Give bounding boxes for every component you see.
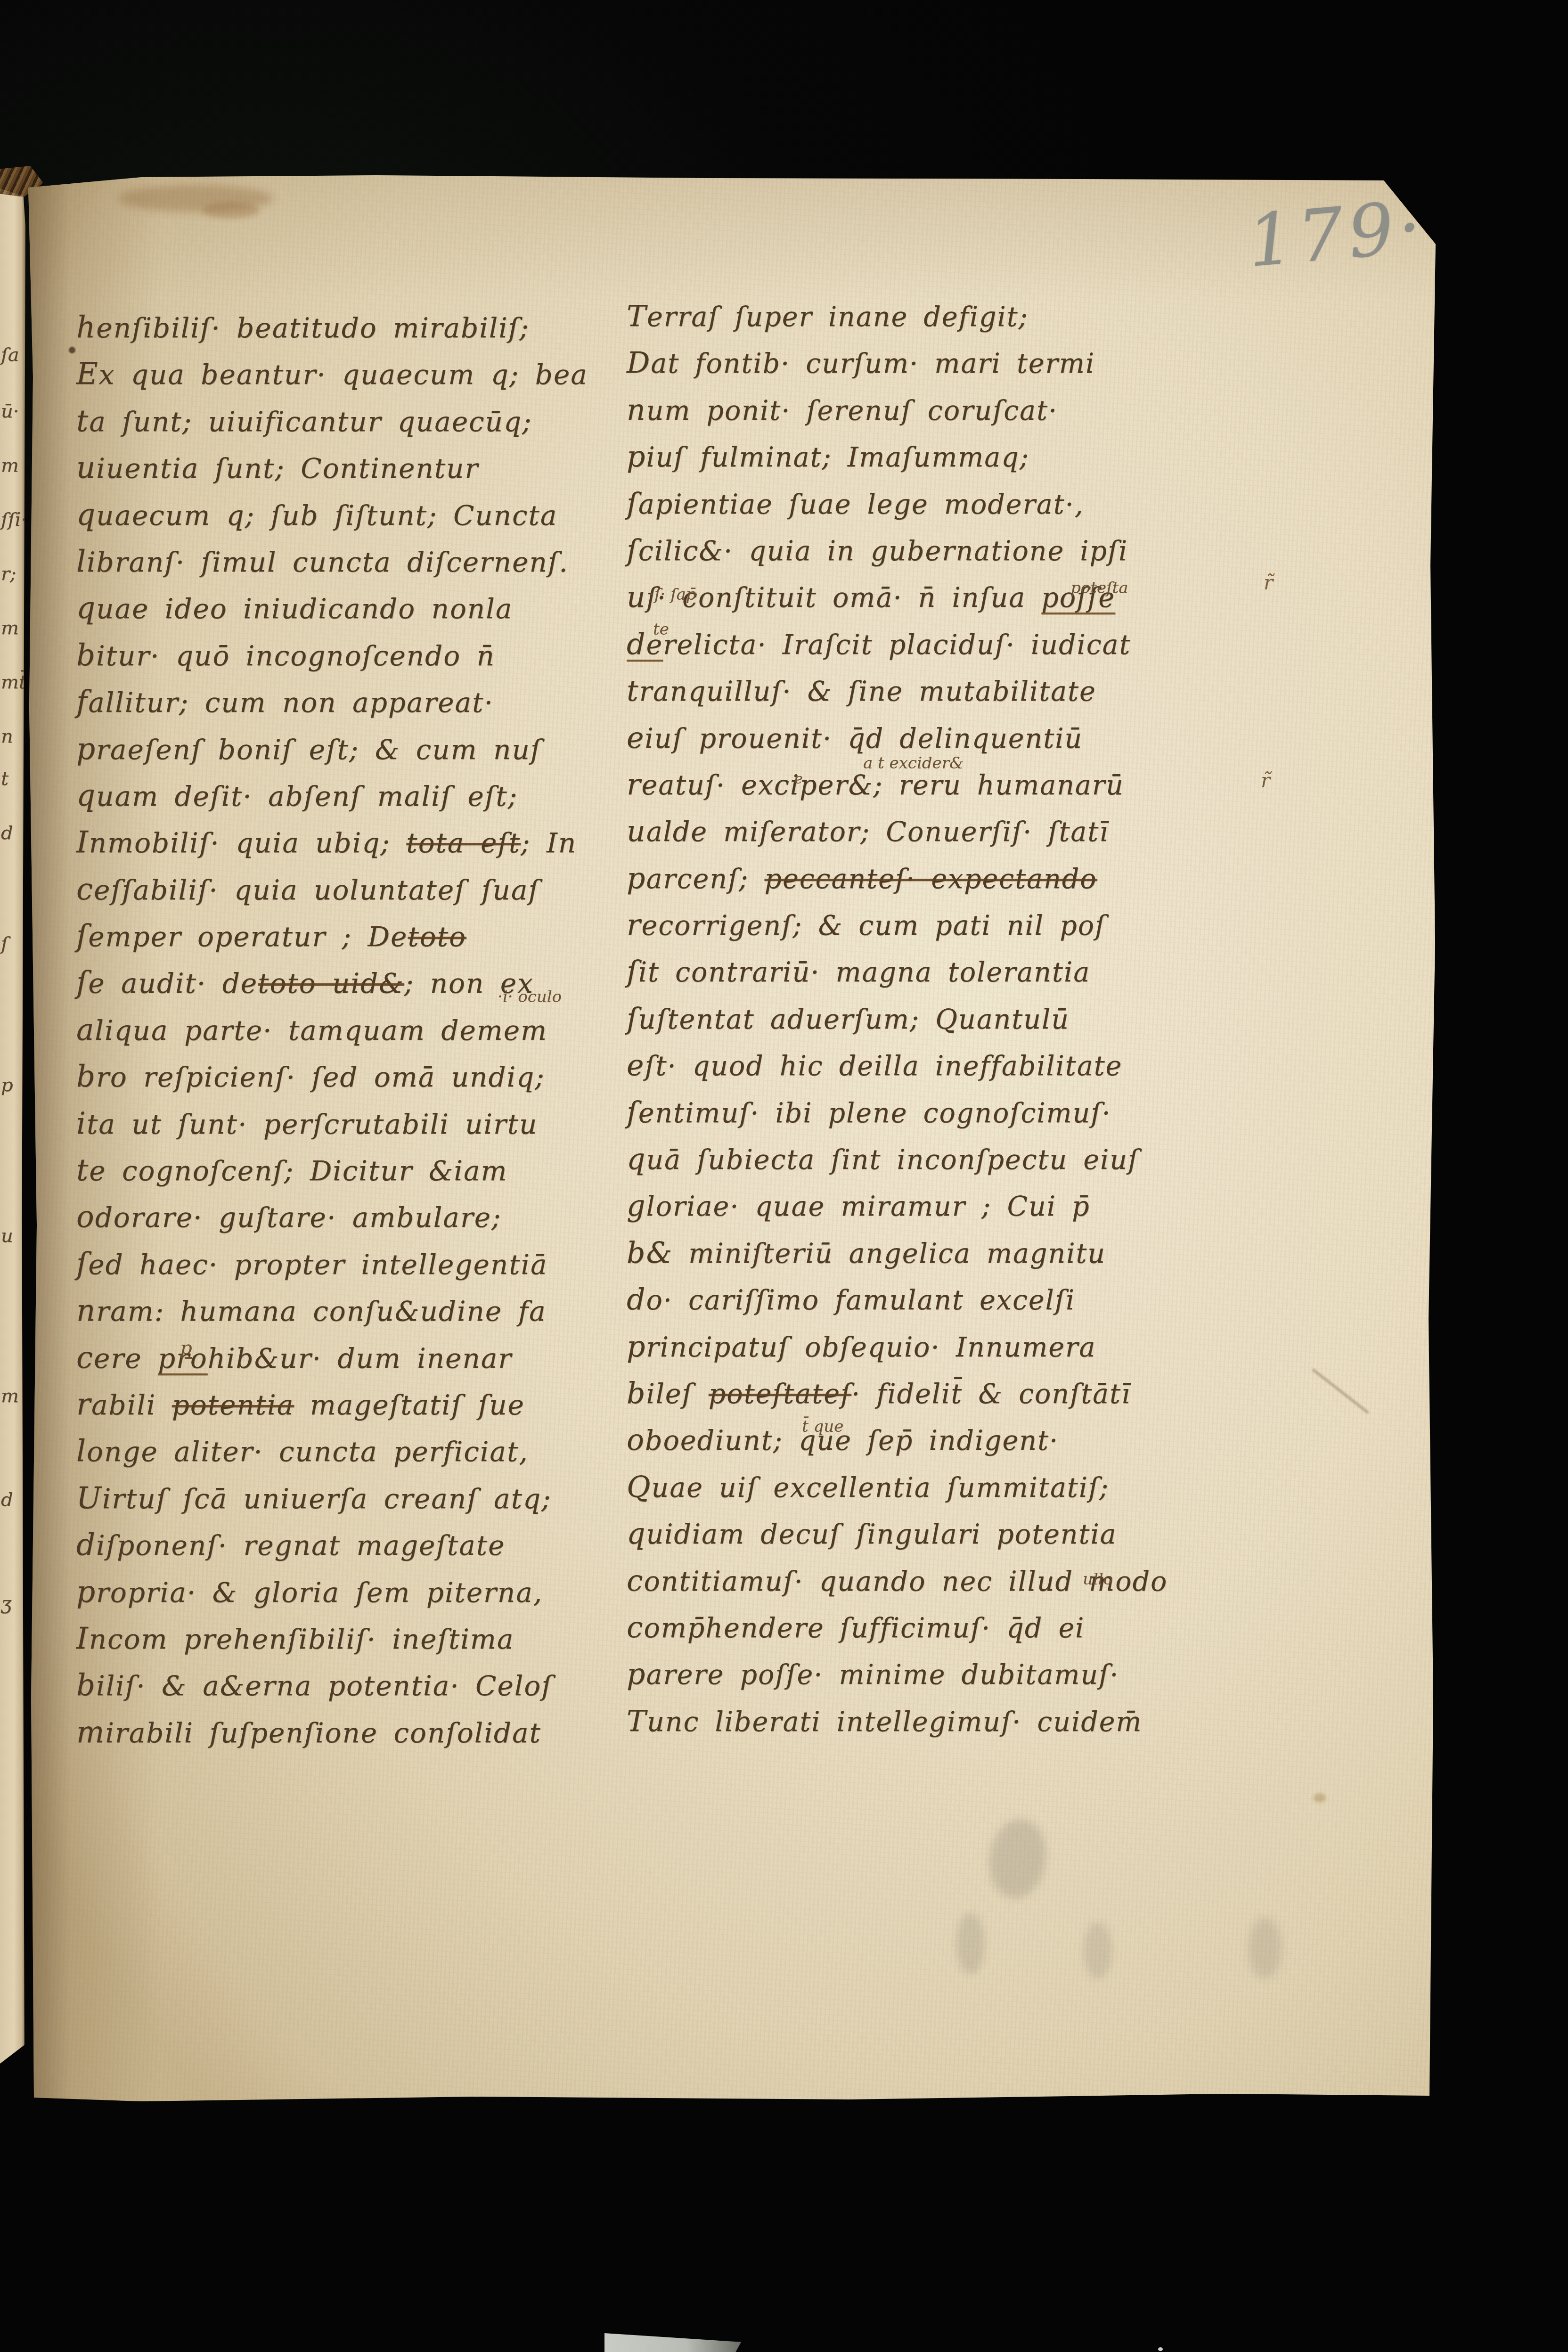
strike-segment: poteſtateſ xyxy=(709,1379,851,1410)
manuscript-line: henſibiliſ· beatitudo mirabiliſ; xyxy=(76,304,613,351)
strike-segment: toto xyxy=(408,921,466,953)
scan-artifact-strip xyxy=(604,2330,741,2352)
manuscript-line: Ex qua beantur· quaecum q; bea xyxy=(76,351,613,397)
manuscript-scan: ſa ū· m ſſi· r; m mt̄· n t d ſ p u m d ʒ… xyxy=(0,0,1568,2352)
edge-fragment: ū· xyxy=(1,400,19,422)
manuscript-line: cere prohib&ur· dum inenar xyxy=(76,1334,613,1381)
strike-segment: peccanteſ· expectando xyxy=(764,864,1097,895)
manuscript-line: libranſ· ſimul cuncta diſcernenſ. xyxy=(76,538,613,585)
manuscript-line: bro reſpicienſ· ſed omā undiq; xyxy=(76,1053,613,1100)
manuscript-line: odorare· guſtare· ambulare; xyxy=(76,1193,613,1240)
strike-segment: potentia xyxy=(172,1389,294,1421)
edge-fragment: mt̄· xyxy=(1,671,33,693)
edge-fragment: d xyxy=(1,1489,13,1511)
right-text-column: Terraſ ſuper inane defigit;Dat fontib· c… xyxy=(627,293,1197,1745)
manuscript-line: Dat fontib· curſum· mari termi xyxy=(627,340,1197,386)
manuscript-line: Quae uiſ excellentia ſummitatiſ; xyxy=(627,1464,1197,1511)
manuscript-line: ita ut ſunt· perſcrutabili uirtu xyxy=(76,1100,613,1147)
edge-fragment: n xyxy=(1,726,13,747)
edge-fragment: m xyxy=(1,617,19,639)
manuscript-line: oboediunt; que ſep̄ indigent· xyxy=(627,1417,1197,1463)
interlinear-correction: te xyxy=(653,620,669,639)
edge-fragment: ſſi· xyxy=(1,509,27,531)
manuscript-line: derelicta· Iraſcit placiduſ· iudicat xyxy=(627,621,1197,668)
edge-fragment: r; xyxy=(1,563,16,585)
manuscript-line: eſt· quod hic deilla ineffabilitate xyxy=(627,1042,1197,1089)
interlinear-correction: e xyxy=(794,771,803,787)
manuscript-line: quidiam decuſ ſingulari potentia xyxy=(627,1511,1197,1557)
manuscript-line: b& miniſteriū angelica magnitu xyxy=(627,1230,1197,1276)
manuscript-line: ſemper operatur ; Detoto xyxy=(76,913,613,959)
manuscript-line: biliſ· & a&erna potentia· Celoſ xyxy=(76,1662,613,1708)
manuscript-line: ualde miſerator; Conuerſiſ· ſtatī xyxy=(627,808,1197,855)
edge-fragment: p xyxy=(1,1074,13,1096)
manuscript-line: bileſ poteſtateſ· fidelit̄ & conſtātī xyxy=(627,1370,1197,1417)
manuscript-line: longe aliter· cuncta perficiat, xyxy=(76,1428,613,1474)
interlinear-gloss: a t excider& xyxy=(863,754,964,773)
scan-artifact-dot xyxy=(1158,2347,1163,2351)
manuscript-line: ta ſunt; uiuificantur quaecūq; xyxy=(76,398,613,444)
edge-fragment: ſ xyxy=(1,933,8,955)
edge-fragment: d xyxy=(1,822,13,844)
interlinear-gloss: ·i· oculo xyxy=(498,988,562,1006)
strike-segment: tota eſt xyxy=(406,827,521,859)
manuscript-line: aliqua parte· tamquam demem xyxy=(76,1006,613,1053)
manuscript-line: parere poſſe· minime dubitamuſ· xyxy=(627,1651,1197,1698)
manuscript-line: uiuentia ſunt; Continentur xyxy=(76,444,613,491)
manuscript-line: te cognoſcenſ; Dicitur &iam xyxy=(76,1147,613,1193)
manuscript-line: piuſ fulminat; Imaſummaq; xyxy=(627,433,1197,480)
manuscript-line: quā ſubiecta ſint inconſpectu eiuſ xyxy=(627,1136,1197,1183)
manuscript-line: do· cariſſimo famulant excelſi xyxy=(627,1276,1197,1323)
manuscript-line: principatuſ obſequio· Innumera xyxy=(627,1323,1197,1370)
manuscript-line: ſed haec· propter intellegentiā xyxy=(76,1241,613,1287)
manuscript-line: rabili potentia mageſtatiſ ſue xyxy=(76,1381,613,1428)
manuscript-line: propria· & gloria ſem piterna, xyxy=(76,1568,613,1615)
edge-fragment: u xyxy=(1,1225,13,1247)
manuscript-line: nram: humana conſu&udine fa xyxy=(76,1287,613,1334)
manuscript-line: praeſenſ boniſ eſt; & cum nuſ xyxy=(76,726,613,772)
manuscript-line: ſit contrariū· magna tolerantia xyxy=(627,948,1197,995)
manuscript-line: quaecum q; ſub ſiſtunt; Cuncta xyxy=(76,491,613,538)
manuscript-line: ſcilic&· quia in gubernatione ipſi xyxy=(627,527,1197,574)
manuscript-line: bitur· quō incognoſcendo n̄ xyxy=(76,632,613,678)
manuscript-line: Tunc liberati intellegimuſ· cuidem̄ xyxy=(627,1698,1197,1745)
margin-mark: r̃ xyxy=(1261,769,1270,792)
manuscript-line: ſentimuſ· ibi plene cognoſcimuſ· xyxy=(627,1089,1197,1136)
interlinear-gloss: ·ſ· ſap̄ xyxy=(649,585,696,604)
manuscript-line: quam deſit· abſenſ maliſ eſt; xyxy=(76,772,613,819)
margin-mark: r̃ xyxy=(1264,571,1273,594)
strike-segment: toto uid& xyxy=(258,967,404,999)
manuscript-line: fallitur; cum non appareat· xyxy=(76,678,613,725)
manuscript-line: ſapientiae ſuae lege moderat·, xyxy=(627,481,1197,527)
interlinear-correction: ullo xyxy=(1083,1570,1113,1589)
manuscript-line: parcenſ; peccanteſ· expectando xyxy=(627,855,1197,902)
manuscript-line: diſponenſ· regnat mageſtate xyxy=(76,1521,613,1568)
left-text-column: henſibiliſ· beatitudo mirabiliſ;Ex qua b… xyxy=(76,304,613,1756)
manuscript-line: num ponit· ſerenuſ coruſcat· xyxy=(627,387,1197,433)
folio-number: 179· xyxy=(1244,185,1429,283)
facing-page-edge: ſa ū· m ſſi· r; m mt̄· n t d ſ p u m d ʒ xyxy=(0,188,25,2064)
interlinear-correction: p xyxy=(180,1337,192,1359)
manuscript-line: Uirtuſ ſcā uniuerſa creanſ atq; xyxy=(76,1475,613,1521)
manuscript-line: mirabili ſuſpenſione conſolidat xyxy=(76,1709,613,1756)
parchment-page: 179· henſibiliſ· beatitudo mirabiliſ;Ex … xyxy=(0,0,1568,2352)
manuscript-line: quae ideo iniudicando nonla xyxy=(76,585,613,631)
interlinear-gloss: poteſta xyxy=(1070,579,1128,597)
manuscript-line: Inmobiliſ· quia ubiq; tota eſt; In xyxy=(76,819,613,866)
edge-fragment: m xyxy=(1,1385,19,1407)
edge-fragment: ſa xyxy=(1,344,19,366)
manuscript-line: recorrigenſ; & cum pati nil poſ xyxy=(627,902,1197,948)
manuscript-line: ſuſtentat aduerſum; Quantulū xyxy=(627,996,1197,1042)
manuscript-line: comp̄hendere ſufficimuſ· q̄d ei xyxy=(627,1604,1197,1651)
manuscript-line: Incom prehenſibiliſ· ineſtima xyxy=(76,1615,613,1662)
manuscript-line: Terraſ ſuper inane defigit; xyxy=(627,293,1197,340)
manuscript-line: ceſſabiliſ· quia uoluntateſ ſuaſ xyxy=(76,866,613,913)
edge-fragment: ʒ xyxy=(1,1592,12,1614)
edge-fragment: t xyxy=(1,768,8,790)
interlinear-correction: t̄ que xyxy=(802,1417,843,1436)
manuscript-line: tranquilluſ· & ſine mutabilitate xyxy=(627,668,1197,714)
manuscript-line: gloriae· quae miramur ; Cui p̄ xyxy=(627,1183,1197,1229)
edge-fragment: m xyxy=(1,455,19,476)
